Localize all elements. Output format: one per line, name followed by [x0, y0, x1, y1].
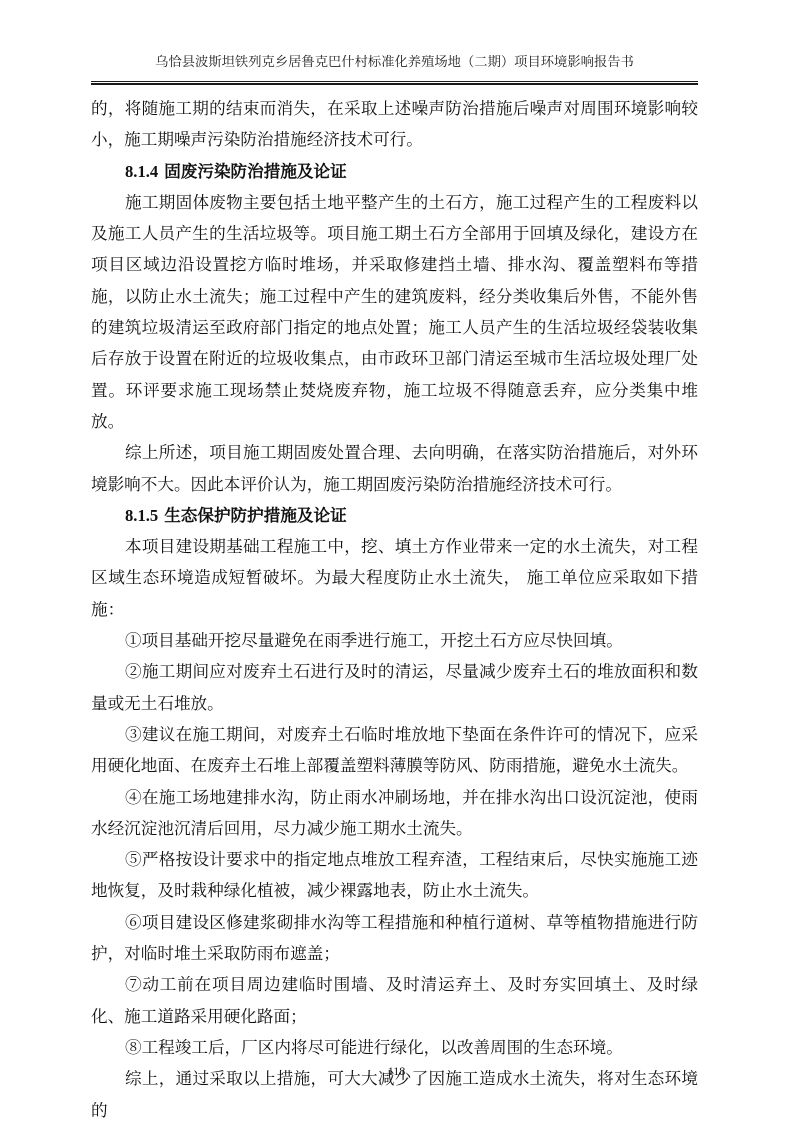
list-item-7: ⑦动工前在项目周边建临时围墙、及时清运弃土、及时夯实回填土、及时绿化、施工道路采…: [91, 969, 698, 1032]
list-item-8: ⑧工程竣工后，厂区内将尽可能进行绿化，以改善周围的生态环境。: [91, 1032, 698, 1063]
list-item-4: ④在施工场地建排水沟，防止雨水冲刷场地，并在排水沟出口设沉淀池，使雨水经沉淀池沉…: [91, 782, 698, 845]
header-rule-thick: [91, 83, 698, 85]
section-heading-8-1-4: 8.1.4固废污染防治措施及论证: [91, 156, 698, 187]
running-header-title: 乌恰县波斯坦铁列克乡居鲁克巴什村标准化养殖场地（二期）项目环境影响报告书: [91, 53, 698, 73]
section-number: 8.1.5: [125, 506, 158, 525]
list-item-3: ③建议在施工期间，对废弃土石临时堆放地下垫面在条件许可的情况下，应采用硬化地面、…: [91, 719, 698, 782]
section-number: 8.1.4: [125, 162, 158, 181]
paragraph: 综上所述，项目施工期固废处置合理、去向明确，在落实防治措施后，对外环境影响不大。…: [91, 437, 698, 500]
page-body: 的，将随施工期的结束而消失，在采取上述噪声防治措施后噪声对周围环境影响较小，施工…: [91, 93, 698, 1122]
header-rule-thin: [91, 81, 698, 82]
list-item-6: ⑥项目建设区修建浆砌排水沟等工程措施和种植行道树、草等植物措施进行防护，对临时堆…: [91, 907, 698, 970]
paragraph: 施工期固体废物主要包括土地平整产生的土石方，施工过程产生的工程废料以及施工人员产…: [91, 187, 698, 437]
page-number: 118: [0, 1064, 793, 1079]
continuation-paragraph: 的，将随施工期的结束而消失，在采取上述噪声防治措施后噪声对周围环境影响较小，施工…: [91, 93, 698, 156]
section-title: 固废污染防治措施及论证: [164, 161, 347, 181]
section-title: 生态保护防护措施及论证: [164, 505, 347, 525]
section-heading-8-1-5: 8.1.5生态保护防护措施及论证: [91, 500, 698, 531]
header-double-rule: [91, 81, 698, 85]
list-item-1: ①项目基础开挖尽量避免在雨季进行施工，开挖土石方应尽快回填。: [91, 625, 698, 656]
list-item-5: ⑤严格按设计要求中的指定地点堆放工程弃渣，工程结束后，尽快实施施工迹地恢复，及时…: [91, 844, 698, 907]
list-item-2: ②施工期间应对废弃土石进行及时的清运，尽量减少废弃土石的堆放面积和数量或无土石堆…: [91, 656, 698, 719]
paragraph: 本项目建设期基础工程施工中，挖、填土方作业带来一定的水土流失，对工程区域生态环境…: [91, 531, 698, 625]
